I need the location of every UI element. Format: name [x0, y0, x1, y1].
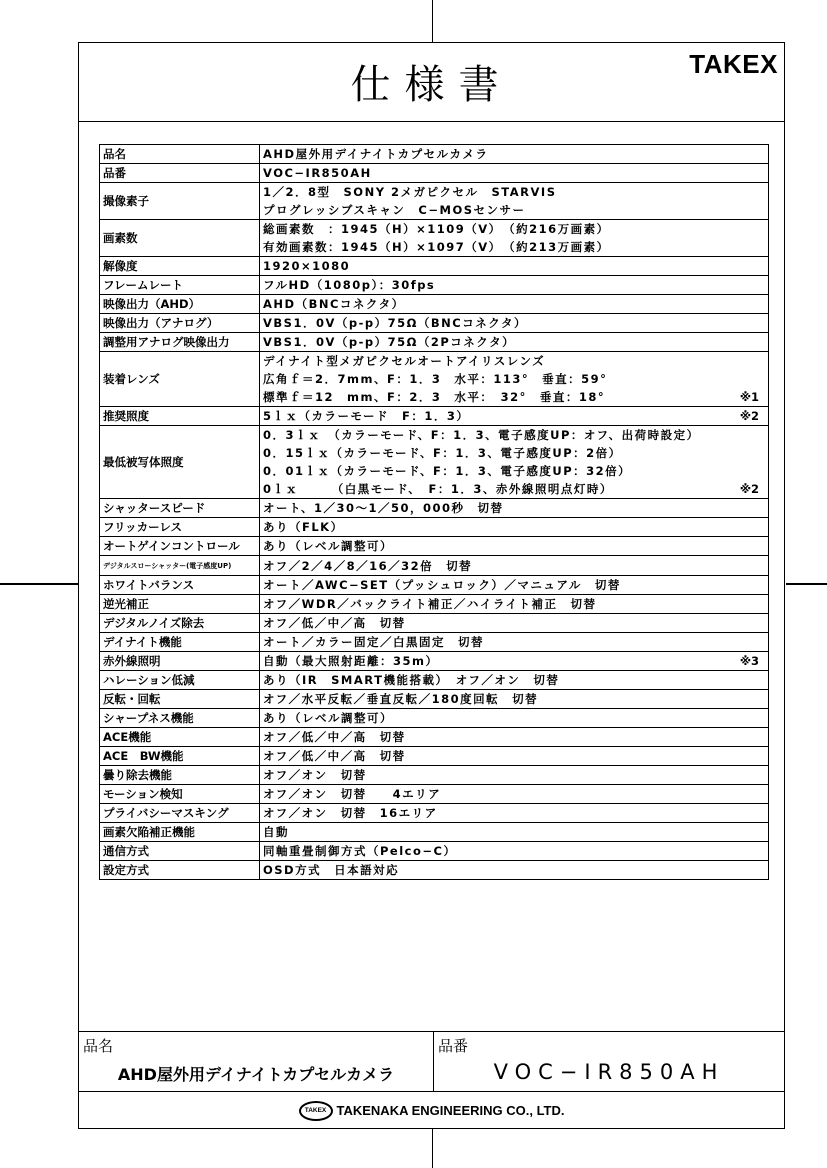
spec-value-text: あり（FLK） — [263, 518, 344, 536]
left-guide-line — [0, 583, 78, 585]
spec-value-text: 0ｌｘ （白黒モード、 F：1．3、赤外線照明点灯時） — [263, 480, 613, 498]
spec-value: VOC−IR850AH — [260, 164, 769, 183]
spec-row: 画素欠陥補正機能自動 — [100, 823, 769, 842]
spec-label: デジタルスローシャッター(電子感度UP) — [100, 556, 260, 576]
spec-label-text: オートゲインコントロール — [103, 539, 240, 553]
spec-row: 調整用アナログ映像出力VBS1．0V（p-p）75Ω（2Pコネクタ） — [100, 333, 769, 352]
spec-value-line: あり（FLK） — [263, 518, 765, 536]
spec-label-text: 推奨照度 — [103, 409, 149, 423]
spec-label-text: 逆光補正 — [103, 597, 149, 611]
spec-label: シャッタースピード — [100, 499, 260, 518]
spec-label-text: 反転・回転 — [103, 692, 161, 706]
spec-label: 赤外線照明 — [100, 652, 260, 671]
spec-row: 解像度1920×1080 — [100, 257, 769, 276]
spec-value-text: フルHD（1080p）：30fps — [263, 276, 435, 294]
spec-label-text: フリッカーレス — [103, 520, 182, 534]
spec-row: デジタルスローシャッター(電子感度UP)オフ／2／4／8／16／32倍 切替 — [100, 556, 769, 576]
spec-value-line: OSD方式 日本語対応 — [263, 861, 765, 879]
spec-label: 通信方式 — [100, 842, 260, 861]
product-number-cell: 品番 VOC−IR850AH — [434, 1032, 784, 1091]
spec-value: オフ／オン 切替 16エリア — [260, 804, 769, 823]
spec-value-text: オフ／低／中／高 切替 — [263, 728, 406, 746]
spec-value: オート／AWC−SET（プッシュロック）／マニュアル 切替 — [260, 576, 769, 595]
spec-row: 映像出力（AHD）AHD（BNCコネクタ） — [100, 295, 769, 314]
brand-logo: TAKEX — [689, 49, 778, 80]
spec-value-line: 0．3ｌｘ （カラーモード、F：1．3、電子感度UP：オフ、出荷時設定） — [263, 426, 765, 444]
spec-value-text: 有効画素数：1945（H）×1097（V） （約213万画素） — [263, 238, 610, 256]
spec-label: ACE機能 — [100, 728, 260, 747]
spec-label: 撮像素子 — [100, 183, 260, 220]
spec-label: 解像度 — [100, 257, 260, 276]
spec-label-text: 品番 — [103, 166, 126, 180]
spec-value-line: オート／カラー固定／白黒固定 切替 — [263, 633, 765, 651]
spec-label-text: 撮像素子 — [103, 194, 149, 208]
spec-row: デイナイト機能オート／カラー固定／白黒固定 切替 — [100, 633, 769, 652]
company-name: TAKENAKA ENGINEERING CO., LTD. — [337, 1103, 565, 1118]
spec-value-text: あり（レベル調整可） — [263, 537, 393, 555]
spec-label-text: 画素数 — [103, 231, 138, 245]
spec-value: 総画素数 ：1945（H）×1109（V） （約216万画素）有効画素数：194… — [260, 220, 769, 257]
spec-value-text: オフ／オン 切替 4エリア — [263, 785, 441, 803]
spec-row: フレームレートフルHD（1080p）：30fps — [100, 276, 769, 295]
spec-value-text: オフ／低／中／高 切替 — [263, 747, 406, 765]
spec-value: オート／カラー固定／白黒固定 切替 — [260, 633, 769, 652]
spec-label: 逆光補正 — [100, 595, 260, 614]
spec-value-text: オフ／水平反転／垂直反転／180度回転 切替 — [263, 690, 538, 708]
spec-row: シャッタースピードオート、1／30〜1／50，000秒 切替 — [100, 499, 769, 518]
spec-value-line: 0．01ｌｘ（カラーモード、F：1．3、電子感度UP：32倍） — [263, 462, 765, 480]
spec-label: ハレーション低減 — [100, 671, 260, 690]
spec-row: 設定方式OSD方式 日本語対応 — [100, 861, 769, 880]
spec-value-text: 同軸重畳制御方式（Pelco−C） — [263, 842, 456, 860]
spec-value-line: オフ／低／中／高 切替 — [263, 747, 765, 765]
spec-value-text: オフ／低／中／高 切替 — [263, 614, 406, 632]
spec-label-text: ホワイトバランス — [103, 578, 194, 592]
spec-value-line: VOC−IR850AH — [263, 164, 765, 182]
spec-value-text: 1／2．8型 SONY 2メガピクセル STARVIS — [263, 183, 556, 201]
spec-label-text: プライバシーマスキング — [103, 806, 229, 820]
spec-label-text: 通信方式 — [103, 844, 149, 858]
spec-value-text: オート、1／30〜1／50，000秒 切替 — [263, 499, 503, 517]
spec-row: 撮像素子1／2．8型 SONY 2メガピクセル STARVISプログレッシブスキ… — [100, 183, 769, 220]
spec-value: 1／2．8型 SONY 2メガピクセル STARVISプログレッシブスキャン C… — [260, 183, 769, 220]
spec-value-text: OSD方式 日本語対応 — [263, 861, 399, 879]
spec-row: 最低被写体照度0．3ｌｘ （カラーモード、F：1．3、電子感度UP：オフ、出荷時… — [100, 426, 769, 499]
spec-value-text: 自動 — [263, 823, 289, 841]
spec-label: デイナイト機能 — [100, 633, 260, 652]
spec-value-line: オート／AWC−SET（プッシュロック）／マニュアル 切替 — [263, 576, 765, 594]
spec-value: 0．3ｌｘ （カラーモード、F：1．3、電子感度UP：オフ、出荷時設定）0．15… — [260, 426, 769, 499]
spec-row: デジタルノイズ除去オフ／低／中／高 切替 — [100, 614, 769, 633]
spec-value-text: 1920×1080 — [263, 257, 350, 275]
spec-row: ハレーション低減あり（IR SMART機能搭載） オフ／オン 切替 — [100, 671, 769, 690]
spec-value-line: オフ／オン 切替 4エリア — [263, 785, 765, 803]
product-name-value: AHD屋外用デイナイトカプセルカメラ — [79, 1062, 433, 1085]
spec-row: 映像出力（アナログ）VBS1．0V（p-p）75Ω（BNCコネクタ） — [100, 314, 769, 333]
spec-value: 自動（最大照射距離：35m）※3 — [260, 652, 769, 671]
spec-value-line: オフ／2／4／8／16／32倍 切替 — [263, 557, 765, 575]
document-title: 仕様書 — [79, 53, 784, 110]
spec-value: VBS1．0V（p-p）75Ω（2Pコネクタ） — [260, 333, 769, 352]
spec-value-text: VOC−IR850AH — [263, 164, 372, 182]
spec-label: デジタルノイズ除去 — [100, 614, 260, 633]
spec-value-line: 広角ｆ＝2．7mm、F：1．3 水平：113° 垂直：59° — [263, 370, 765, 388]
spec-value-text: オート／カラー固定／白黒固定 切替 — [263, 633, 484, 651]
spec-value: VBS1．0V（p-p）75Ω（BNCコネクタ） — [260, 314, 769, 333]
spec-label-text: 品名 — [103, 147, 126, 161]
company-line: TAKEX TAKENAKA ENGINEERING CO., LTD. — [79, 1091, 784, 1130]
spec-value-line: 自動（最大照射距離：35m）※3 — [263, 652, 765, 670]
spec-value-text: オート／AWC−SET（プッシュロック）／マニュアル 切替 — [263, 576, 621, 594]
spec-value-line: オフ／WDR／バックライト補正／ハイライト補正 切替 — [263, 595, 765, 613]
spec-value-line: オフ／水平反転／垂直反転／180度回転 切替 — [263, 690, 765, 708]
product-name-cell: 品名 AHD屋外用デイナイトカプセルカメラ — [79, 1032, 434, 1091]
spec-value: あり（レベル調整可） — [260, 709, 769, 728]
spec-value-line: オート、1／30〜1／50，000秒 切替 — [263, 499, 765, 517]
spec-row: シャープネス機能あり（レベル調整可） — [100, 709, 769, 728]
spec-label: 装着レンズ — [100, 352, 260, 407]
footnote-marker: ※3 — [740, 652, 759, 670]
spec-label-text: 映像出力（AHD） — [103, 297, 200, 311]
spec-label: シャープネス機能 — [100, 709, 260, 728]
spec-label-text: 設定方式 — [103, 863, 149, 877]
spec-value-line: オフ／低／中／高 切替 — [263, 614, 765, 632]
spec-value: オフ／低／中／高 切替 — [260, 747, 769, 766]
spec-label: フレームレート — [100, 276, 260, 295]
spec-row: 逆光補正オフ／WDR／バックライト補正／ハイライト補正 切替 — [100, 595, 769, 614]
spec-value-line: 有効画素数：1945（H）×1097（V） （約213万画素） — [263, 238, 765, 256]
spec-label: 映像出力（AHD） — [100, 295, 260, 314]
spec-value: あり（レベル調整可） — [260, 537, 769, 556]
spec-value-text: VBS1．0V（p-p）75Ω（2Pコネクタ） — [263, 333, 515, 351]
spec-row: モーション検知オフ／オン 切替 4エリア — [100, 785, 769, 804]
spec-label: 画素欠陥補正機能 — [100, 823, 260, 842]
spec-row: 赤外線照明自動（最大照射距離：35m）※3 — [100, 652, 769, 671]
spec-value-text: VBS1．0V（p-p）75Ω（BNCコネクタ） — [263, 314, 527, 332]
spec-value-text: 0．3ｌｘ （カラーモード、F：1．3、電子感度UP：オフ、出荷時設定） — [263, 426, 700, 444]
spec-label: 品番 — [100, 164, 260, 183]
spec-label: ホワイトバランス — [100, 576, 260, 595]
spec-value-text: AHD（BNCコネクタ） — [263, 295, 405, 313]
spec-label: フリッカーレス — [100, 518, 260, 537]
spec-label-text: シャッタースピード — [103, 501, 205, 515]
spec-value-text: オフ／WDR／バックライト補正／ハイライト補正 切替 — [263, 595, 597, 613]
spec-label-text: モーション検知 — [103, 787, 183, 801]
spec-value-line: デイナイト型メガピクセルオートアイリスレンズ — [263, 352, 765, 370]
spec-row: ACE BW機能オフ／低／中／高 切替 — [100, 747, 769, 766]
spec-label: ACE BW機能 — [100, 747, 260, 766]
spec-row: ACE機能オフ／低／中／高 切替 — [100, 728, 769, 747]
spec-value-line: あり（レベル調整可） — [263, 537, 765, 555]
spec-label-text: ACE BW機能 — [103, 749, 184, 763]
spec-row: オートゲインコントロールあり（レベル調整可） — [100, 537, 769, 556]
spec-row: プライバシーマスキングオフ／オン 切替 16エリア — [100, 804, 769, 823]
spec-value: 1920×1080 — [260, 257, 769, 276]
spec-label: プライバシーマスキング — [100, 804, 260, 823]
spec-value: オフ／2／4／8／16／32倍 切替 — [260, 556, 769, 576]
spec-label-text: 映像出力（アナログ） — [103, 316, 218, 330]
bottom-center-guide-line — [432, 1129, 433, 1168]
document-header: 仕様書 TAKEX — [79, 43, 784, 122]
spec-value-line: 自動 — [263, 823, 765, 841]
spec-value-text: デイナイト型メガピクセルオートアイリスレンズ — [263, 352, 545, 370]
title-block: 品名 AHD屋外用デイナイトカプセルカメラ 品番 VOC−IR850AH TAK… — [79, 1031, 784, 1130]
spec-value-line: AHD（BNCコネクタ） — [263, 295, 765, 313]
takex-oval-logo-icon: TAKEX — [299, 1101, 333, 1121]
spec-row: 曇り除去機能オフ／オン 切替 — [100, 766, 769, 785]
spec-row: 装着レンズデイナイト型メガピクセルオートアイリスレンズ広角ｆ＝2．7mm、F：1… — [100, 352, 769, 407]
spec-value: OSD方式 日本語対応 — [260, 861, 769, 880]
spec-value-text: 総画素数 ：1945（H）×1109（V） （約216万画素） — [263, 220, 610, 238]
spec-row: フリッカーレスあり（FLK） — [100, 518, 769, 537]
spec-label-text: 曇り除去機能 — [103, 768, 172, 782]
spec-label: 最低被写体照度 — [100, 426, 260, 499]
spec-label-text: 赤外線照明 — [103, 654, 161, 668]
spec-value-line: オフ／オン 切替 — [263, 766, 765, 784]
spec-label: 反転・回転 — [100, 690, 260, 709]
spec-value-text: オフ／オン 切替 16エリア — [263, 804, 438, 822]
spec-value-text: オフ／オン 切替 — [263, 766, 367, 784]
spec-value: デイナイト型メガピクセルオートアイリスレンズ広角ｆ＝2．7mm、F：1．3 水平… — [260, 352, 769, 407]
product-number-value: VOC−IR850AH — [434, 1060, 784, 1084]
spec-label-text: 解像度 — [103, 259, 138, 273]
spec-value-line: あり（レベル調整可） — [263, 709, 765, 727]
spec-label: 画素数 — [100, 220, 260, 257]
spec-value: オフ／低／中／高 切替 — [260, 614, 769, 633]
spec-value: あり（FLK） — [260, 518, 769, 537]
spec-value-line: 総画素数 ：1945（H）×1109（V） （約216万画素） — [263, 220, 765, 238]
spec-value-line: 同軸重畳制御方式（Pelco−C） — [263, 842, 765, 860]
spec-value-line: 0ｌｘ （白黒モード、 F：1．3、赤外線照明点灯時）※2 — [263, 480, 765, 498]
spec-value: あり（IR SMART機能搭載） オフ／オン 切替 — [260, 671, 769, 690]
spec-value-text: 5ｌｘ（カラーモード F：1．3） — [263, 407, 469, 425]
spec-label: 設定方式 — [100, 861, 260, 880]
spec-label: 品名 — [100, 145, 260, 164]
spec-value-text: 広角ｆ＝2．7mm、F：1．3 水平：113° 垂直：59° — [263, 370, 607, 388]
title-block-top: 品名 AHD屋外用デイナイトカプセルカメラ 品番 VOC−IR850AH — [79, 1032, 784, 1092]
spec-value: AHD（BNCコネクタ） — [260, 295, 769, 314]
spec-label-text: デジタルノイズ除去 — [103, 616, 204, 630]
spec-row: 画素数総画素数 ：1945（H）×1109（V） （約216万画素）有効画素数：… — [100, 220, 769, 257]
spec-value-line: プログレッシブスキャン C−MOSセンサー — [263, 201, 765, 219]
right-guide-line — [786, 583, 827, 585]
spec-label-text: ハレーション低減 — [103, 673, 195, 687]
spec-value-text: オフ／2／4／8／16／32倍 切替 — [263, 557, 472, 575]
spec-value-line: 0．15ｌｘ（カラーモード、F：1．3、電子感度UP：2倍） — [263, 444, 765, 462]
spec-value: オフ／WDR／バックライト補正／ハイライト補正 切替 — [260, 595, 769, 614]
spec-value-line: AHD屋外用デイナイトカプセルカメラ — [263, 145, 765, 163]
spec-value: フルHD（1080p）：30fps — [260, 276, 769, 295]
spec-value-line: VBS1．0V（p-p）75Ω（BNCコネクタ） — [263, 314, 765, 332]
spec-value-text: 0．15ｌｘ（カラーモード、F：1．3、電子感度UP：2倍） — [263, 444, 622, 462]
spec-value: オート、1／30〜1／50，000秒 切替 — [260, 499, 769, 518]
spec-value-line: 5ｌｘ（カラーモード F：1．3）※2 — [263, 407, 765, 425]
spec-label-text: デイナイト機能 — [103, 635, 182, 649]
spec-label-text: 最低被写体照度 — [103, 455, 184, 469]
spec-row: 品番VOC−IR850AH — [100, 164, 769, 183]
spec-value-text: 標準ｆ＝12 mm、F：2．3 水平： 32° 垂直：18° — [263, 388, 605, 406]
spec-value-line: あり（IR SMART機能搭載） オフ／オン 切替 — [263, 671, 765, 689]
spec-value-line: VBS1．0V（p-p）75Ω（2Pコネクタ） — [263, 333, 765, 351]
footnote-marker: ※2 — [740, 480, 759, 498]
spec-row: 推奨照度5ｌｘ（カラーモード F：1．3）※2 — [100, 407, 769, 426]
spec-label-text: ACE機能 — [103, 730, 151, 744]
spec-label: 映像出力（アナログ） — [100, 314, 260, 333]
spec-label-text: デジタルスローシャッター(電子感度UP) — [103, 562, 231, 570]
spec-value: 5ｌｘ（カラーモード F：1．3）※2 — [260, 407, 769, 426]
spec-label: オートゲインコントロール — [100, 537, 260, 556]
spec-value-text: あり（IR SMART機能搭載） オフ／オン 切替 — [263, 671, 559, 689]
footnote-marker: ※2 — [740, 407, 759, 425]
spec-value: AHD屋外用デイナイトカプセルカメラ — [260, 145, 769, 164]
spec-value: 同軸重畳制御方式（Pelco−C） — [260, 842, 769, 861]
spec-label: モーション検知 — [100, 785, 260, 804]
spec-value-line: 1920×1080 — [263, 257, 765, 275]
spec-value: 自動 — [260, 823, 769, 842]
spec-label-text: 調整用アナログ映像出力 — [103, 335, 230, 349]
footnote-marker: ※1 — [740, 388, 759, 406]
spec-value: オフ／水平反転／垂直反転／180度回転 切替 — [260, 690, 769, 709]
spec-value-text: 自動（最大照射距離：35m） — [263, 652, 439, 670]
spec-label-text: フレームレート — [103, 278, 183, 292]
spec-value-text: AHD屋外用デイナイトカプセルカメラ — [263, 145, 489, 163]
spec-label-text: シャープネス機能 — [103, 711, 194, 725]
spec-value: オフ／オン 切替 4エリア — [260, 785, 769, 804]
spec-value-line: フルHD（1080p）：30fps — [263, 276, 765, 294]
spec-label: 調整用アナログ映像出力 — [100, 333, 260, 352]
spec-row: 通信方式同軸重畳制御方式（Pelco−C） — [100, 842, 769, 861]
spec-row: 品名AHD屋外用デイナイトカプセルカメラ — [100, 145, 769, 164]
spec-value: オフ／オン 切替 — [260, 766, 769, 785]
spec-table: 品名AHD屋外用デイナイトカプセルカメラ品番VOC−IR850AH撮像素子1／2… — [99, 144, 769, 880]
spec-value-text: あり（レベル調整可） — [263, 709, 393, 727]
product-number-caption: 品番 — [438, 1035, 468, 1056]
spec-label-text: 画素欠陥補正機能 — [103, 825, 195, 839]
spec-value-text: 0．01ｌｘ（カラーモード、F：1．3、電子感度UP：32倍） — [263, 462, 631, 480]
spec-value-line: オフ／低／中／高 切替 — [263, 728, 765, 746]
spec-value: オフ／低／中／高 切替 — [260, 728, 769, 747]
spec-value-line: オフ／オン 切替 16エリア — [263, 804, 765, 822]
spec-value-line: 標準ｆ＝12 mm、F：2．3 水平： 32° 垂直：18°※1 — [263, 388, 765, 406]
spec-value-text: プログレッシブスキャン C−MOSセンサー — [263, 201, 526, 219]
product-name-caption: 品名 — [83, 1035, 113, 1056]
spec-label-text: 装着レンズ — [103, 372, 160, 386]
spec-value-line: 1／2．8型 SONY 2メガピクセル STARVIS — [263, 183, 765, 201]
spec-label: 曇り除去機能 — [100, 766, 260, 785]
spec-row: ホワイトバランスオート／AWC−SET（プッシュロック）／マニュアル 切替 — [100, 576, 769, 595]
spec-label: 推奨照度 — [100, 407, 260, 426]
spec-row: 反転・回転オフ／水平反転／垂直反転／180度回転 切替 — [100, 690, 769, 709]
document-frame: 仕様書 TAKEX 品名AHD屋外用デイナイトカプセルカメラ品番VOC−IR85… — [78, 42, 785, 1129]
top-center-guide-line — [432, 0, 433, 42]
